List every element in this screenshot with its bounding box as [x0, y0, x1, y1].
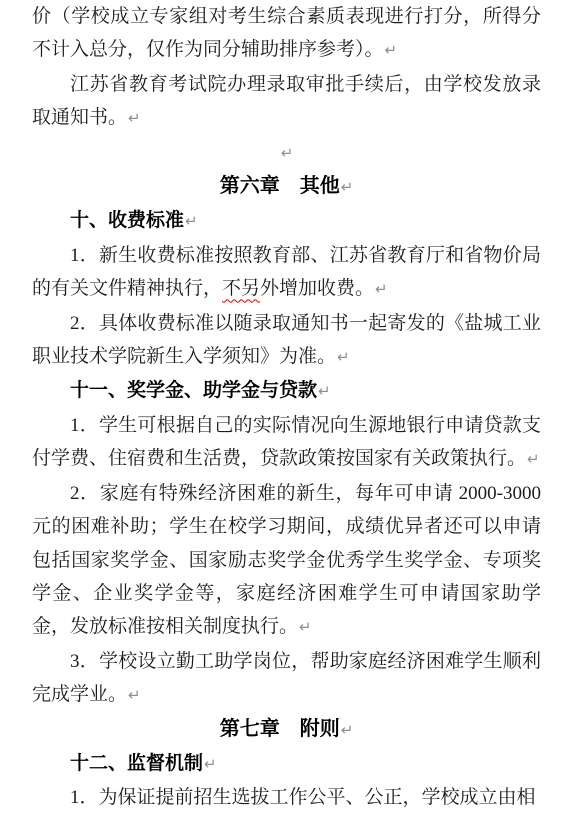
body-paragraph: 3．学校设立勤工助学岗位，帮助家庭经济困难学生顺利完成学业。↵ — [32, 645, 541, 713]
text-run: 3．学校设立勤工助学岗位，帮助家庭经济困难学生顺利完成学业。 — [32, 651, 541, 705]
paragraph-mark-icon: ↵ — [127, 109, 141, 127]
chapter-heading: 第六章 其他↵ — [32, 170, 541, 204]
paragraph-mark-icon: ↵ — [203, 755, 217, 773]
text-run: 2．具体收费标准以随录取通知书一起寄发的《盐城工业职业技术学院新生入学须知》为准… — [32, 313, 541, 367]
section-heading: 十一、奖学金、助学金与贷款↵ — [32, 374, 541, 408]
paragraph-mark-icon: ↵ — [280, 144, 294, 162]
paragraph-mark-icon: ↵ — [340, 721, 354, 739]
page: { "page": { "background": "#ffffff", "te… — [0, 0, 572, 817]
body-paragraph: 江苏省教育考试院办理录取审批手续后，由学校发放录取通知书。↵ — [32, 68, 541, 136]
spellcheck-flagged-text: 不另 — [222, 278, 260, 299]
paragraph-mark-icon: ↵ — [317, 382, 331, 400]
text-run: 十、收费标准 — [70, 210, 184, 231]
chapter-heading: 第七章 附则↵ — [32, 713, 541, 747]
paragraph-mark-icon: ↵ — [340, 178, 354, 196]
paragraph-mark-icon: ↵ — [336, 348, 350, 366]
text-run: 江苏省教育考试院办理录取审批手续后，由学校发放录取通知书。 — [32, 74, 541, 128]
paragraph-mark-icon: ↵ — [184, 212, 198, 230]
text-run: 1．为保证提前招生选拔工作公平、公正，学校成立由相 — [70, 787, 536, 808]
body-paragraph: 1．学生可根据自己的实际情况向生源地银行申请贷款支付学费、住宿费和生活费，贷款政… — [32, 409, 541, 477]
empty-paragraph: ↵ — [32, 136, 541, 170]
body-paragraph: 1．为保证提前招生选拔工作公平、公正，学校成立由相 — [32, 781, 541, 814]
text-run: 1．学生可根据自己的实际情况向生源地银行申请贷款支付学费、住宿费和生活费，贷款政… — [32, 415, 541, 469]
body-paragraph: 2．家庭有特殊经济困难的新生，每年可申请 2000-3000 元的困难补助；学生… — [32, 477, 541, 645]
paragraph-mark-icon: ↵ — [374, 280, 388, 298]
section-heading: 十二、监督机制↵ — [32, 747, 541, 781]
document-page: 价（学校成立专家组对考生综合素质表现进行打分，所得分不计入总分，仅作为同分辅助排… — [0, 0, 572, 817]
paragraph-mark-icon: ↵ — [298, 618, 312, 636]
text-run: 第七章 附则 — [220, 718, 340, 740]
paragraph-mark-icon: ↵ — [384, 41, 398, 59]
text-run: 第六章 其他 — [220, 175, 340, 197]
body-paragraph: 价（学校成立专家组对考生综合素质表现进行打分，所得分不计入总分，仅作为同分辅助排… — [32, 0, 541, 68]
section-heading: 十、收费标准↵ — [32, 204, 541, 238]
body-paragraph: 1．新生收费标准按照教育部、江苏省教育厅和省物价局的有关文件精神执行，不另外增加… — [32, 239, 541, 307]
text-run: 外增加收费。 — [260, 278, 374, 299]
paragraph-mark-icon: ↵ — [526, 450, 540, 468]
text-run: 十二、监督机制 — [70, 753, 203, 774]
paragraph-mark-icon: ↵ — [127, 686, 141, 704]
body-paragraph: 2．具体收费标准以随录取通知书一起寄发的《盐城工业职业技术学院新生入学须知》为准… — [32, 307, 541, 375]
text-run: 价（学校成立专家组对考生综合素质表现进行打分，所得分不计入总分，仅作为同分辅助排… — [32, 6, 541, 60]
text-run: 十一、奖学金、助学金与贷款 — [70, 380, 317, 401]
text-run: 2．家庭有特殊经济困难的新生，每年可申请 2000-3000 元的困难补助；学生… — [32, 483, 541, 638]
